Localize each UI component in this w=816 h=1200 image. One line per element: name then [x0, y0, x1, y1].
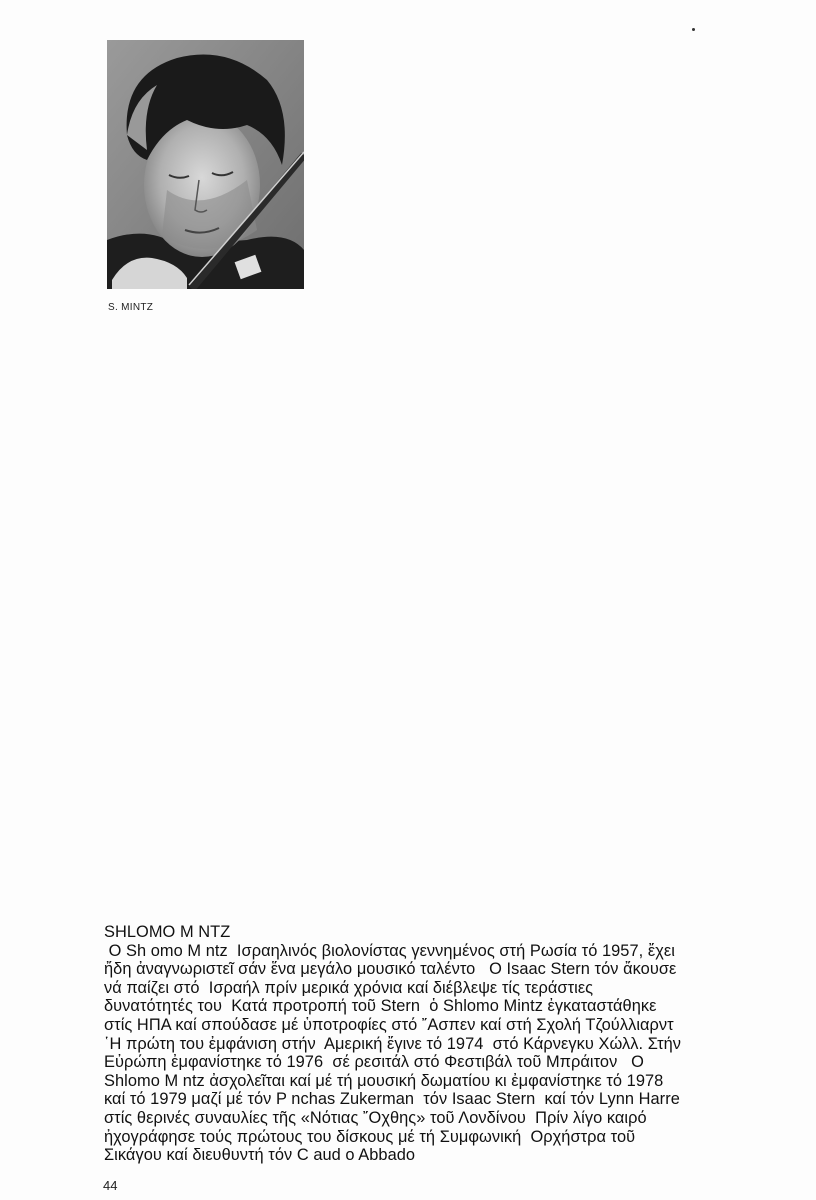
article-line: ἠχογράφησε τούς πρώτους του δίσκους μέ τ…: [104, 1128, 794, 1147]
article-title: SHLOMO M NTZ: [104, 923, 794, 942]
article-line: Shlomo M ntz ἀσχολεῖται καί μέ τή μουσικ…: [104, 1072, 794, 1091]
portrait-photo: [107, 40, 304, 289]
article-line: καί τό 1979 μαζί μέ τόν P nchas Zukerman…: [104, 1090, 794, 1109]
article-line: ἤδη ἀναγνωριστεῖ σάν ἕνα μεγάλο μουσικό …: [104, 960, 794, 979]
article: SHLOMO M NTZ O Sh omo M ntz Ισραηλινός β…: [104, 923, 794, 1165]
article-line: O Sh omo M ntz Ισραηλινός βιολονίστας γε…: [104, 942, 794, 961]
page-number: 44: [103, 1178, 117, 1193]
photo-caption: S. MINTZ: [108, 302, 153, 313]
article-line: δυνατότητές του Κατά προτροπή τοῦ Stern …: [104, 997, 794, 1016]
article-line: Σικάγου καί διευθυντή τόν C aud o Abbado: [104, 1146, 794, 1165]
article-line: Εὐρώπη ἐμφανίστηκε τό 1976 σέ ρεσιτάλ στ…: [104, 1053, 794, 1072]
print-speck: [692, 28, 695, 31]
article-line: ῾Η πρώτη του ἐμφάνιση στήν Αμερική ἔγινε…: [104, 1035, 794, 1054]
article-line: στίς ΗΠΑ καί σπούδασε μέ ὑποτροφίες στό …: [104, 1016, 794, 1035]
violinist-photo-image: [107, 40, 304, 289]
article-line: νά παίζει στό Ισραήλ πρίν μερικά χρόνια …: [104, 979, 794, 998]
article-line: στίς θερινές συναυλίες τῆς «Νότιας ῎Οχθη…: [104, 1109, 794, 1128]
